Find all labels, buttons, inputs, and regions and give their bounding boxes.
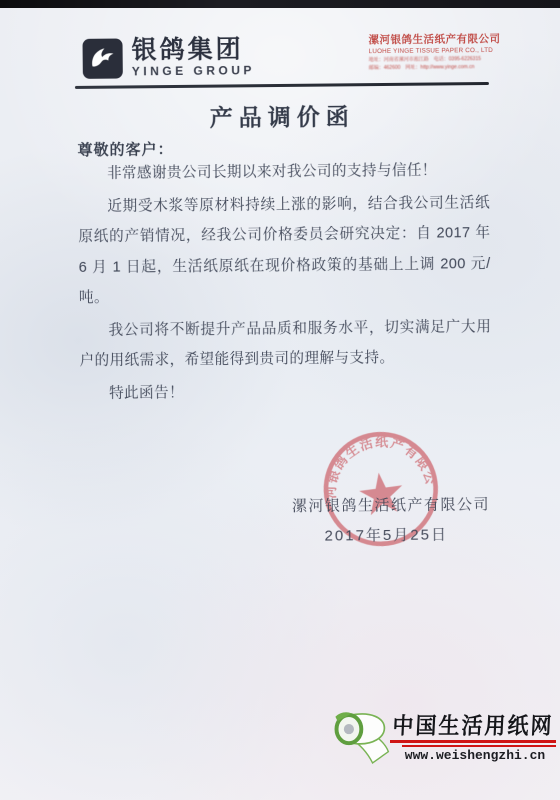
company-address-line: 地址：河南省漯河市淞江路 电话：0395-6226315 (369, 56, 489, 63)
document-photo: 银鸽集团 YINGE GROUP 漯河银鸽生活纸产有限公司 LUOHE YING… (0, 0, 560, 800)
salutation: 尊敬的客户： (77, 138, 173, 160)
letter-title: 产品调价函 (75, 97, 489, 134)
header-divider (75, 82, 489, 89)
company-logo: 银鸽集团 YINGE GROUP (82, 36, 255, 79)
company-web-line: 邮编：462600 网址：http://www.yinge.com.cn (369, 64, 489, 71)
paragraph: 我公司将不断提升产品品质和服务水平，切实满足广大用户的用纸需求，希望能得到贵司的… (79, 311, 492, 376)
signature-company: 漯河银鸽生活纸产有限公司 (251, 493, 531, 517)
watermark-underline (390, 740, 556, 743)
dove-icon (82, 38, 122, 78)
company-name-en: LUOHE YINGE TISSUE PAPER CO., LTD (369, 47, 489, 56)
paragraph: 近期受木浆等原材料持续上涨的影响，结合我公司生活纸原纸的产销情况，经我公司价格委… (78, 187, 491, 313)
watermark-site-name: 中国生活用纸网 (389, 709, 557, 741)
logo-en-text: YINGE GROUP (132, 63, 255, 78)
logo-cn-text: 银鸽集团 (131, 36, 254, 63)
watermark-url: www.weishengzhi.cn (390, 748, 560, 763)
signature-date: 2017年5月25日 (251, 523, 521, 547)
letter-body: 非常感谢贵公司长期以来对我公司的支持与信任！ 近期受木浆等原材料持续上涨的影响，… (78, 155, 492, 411)
watermark-underline-thin (402, 745, 556, 747)
letter-paper: 银鸽集团 YINGE GROUP 漯河银鸽生活纸产有限公司 LUOHE YING… (0, 8, 560, 800)
company-name-cn: 漯河银鸽生活纸产有限公司 (368, 33, 488, 47)
site-watermark: 中国生活用纸网 www.weishengzhi.cn (332, 692, 560, 782)
company-info-block: 漯河银鸽生活纸产有限公司 LUOHE YINGE TISSUE PAPER CO… (368, 33, 488, 72)
paragraph: 特此函告！ (80, 374, 492, 408)
paper-roll-icon (332, 706, 394, 768)
paragraph: 非常感谢贵公司长期以来对我公司的支持与信任！ (78, 155, 490, 189)
